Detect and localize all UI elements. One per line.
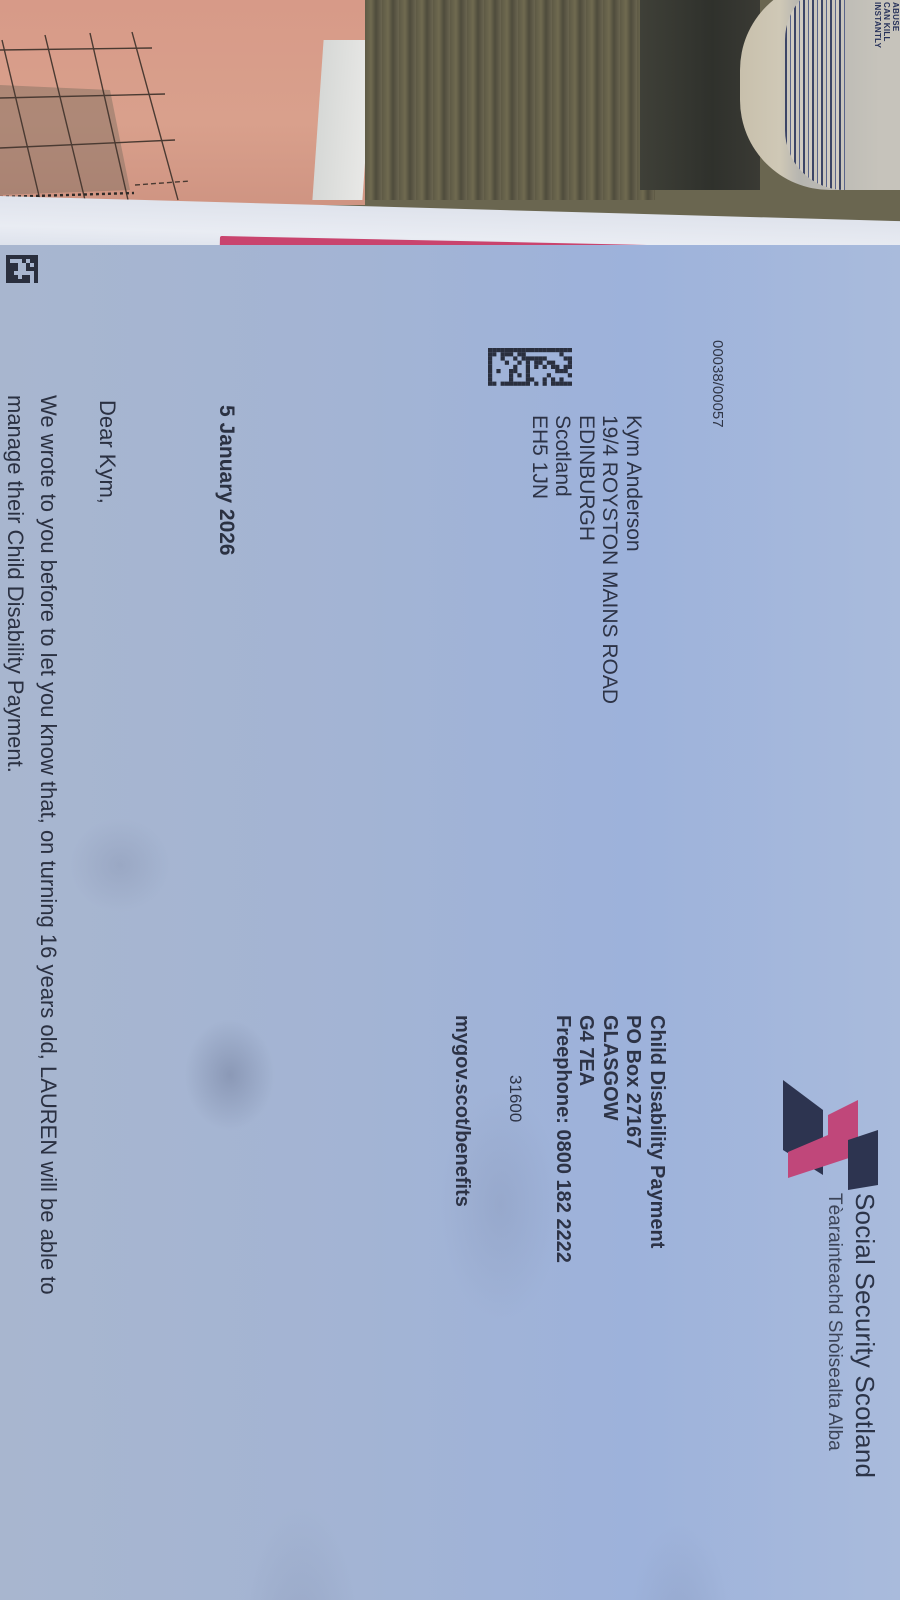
recipient-address: Kym Anderson 19/4 ROYSTON MAINS ROAD EDI… bbox=[528, 415, 646, 704]
background-wood bbox=[365, 0, 655, 200]
datamatrix-barcode-icon bbox=[488, 348, 572, 386]
social-security-scotland-logo-icon bbox=[768, 1060, 878, 1190]
recipient-line: EDINBURGH bbox=[575, 415, 599, 704]
recipient-line: EH5 1JN bbox=[528, 415, 552, 704]
sender-address: Child Disability Payment PO Box 27167 GL… bbox=[551, 1015, 669, 1263]
can-label: ABUSE CAN KILL INSTANTLY bbox=[858, 2, 900, 92]
letter-paper: Social Security Scotland Tèarainteachd S… bbox=[0, 245, 900, 1600]
letter-body: We wrote to you before to let you know t… bbox=[0, 395, 65, 1295]
sender-line: G4 7EA bbox=[574, 1015, 598, 1263]
mail-sort-code: 31600 bbox=[505, 1075, 525, 1122]
sender-line: PO Box 27167 bbox=[621, 1015, 645, 1263]
letter-content: Social Security Scotland Tèarainteachd S… bbox=[0, 245, 900, 1600]
sender-phone: Freephone: 0800 182 2222 bbox=[551, 1015, 575, 1263]
recipient-line: 19/4 ROYSTON MAINS ROAD bbox=[598, 415, 622, 704]
sender-website: mygov.scot/benefits bbox=[450, 1015, 473, 1207]
org-name-gaelic: Tèarainteachd Shòisealta Alba bbox=[823, 1193, 845, 1451]
can-rings bbox=[785, 0, 845, 190]
can-label-line: INSTANTLY bbox=[873, 2, 882, 48]
sender-line: GLASGOW bbox=[598, 1015, 622, 1263]
can-label-line: ABUSE bbox=[891, 2, 900, 32]
letter-date: 5 January 2026 bbox=[214, 405, 238, 556]
recipient-line: Scotland bbox=[551, 415, 575, 704]
recipient-line: Kym Anderson bbox=[622, 415, 646, 704]
body-line: manage their Child Disability Payment. bbox=[0, 395, 32, 1295]
background-grid-drawing bbox=[0, 0, 200, 205]
sender-line: Child Disability Payment bbox=[645, 1015, 669, 1263]
letter-greeting: Dear Kym, bbox=[94, 400, 120, 504]
letter-reference: 00038/00057 bbox=[709, 340, 726, 428]
body-line: We wrote to you before to let you know t… bbox=[32, 395, 65, 1295]
edge-barcode-icon bbox=[4, 255, 38, 283]
can-label-line: CAN KILL bbox=[882, 2, 891, 42]
org-name: Social Security Scotland bbox=[849, 1193, 880, 1478]
